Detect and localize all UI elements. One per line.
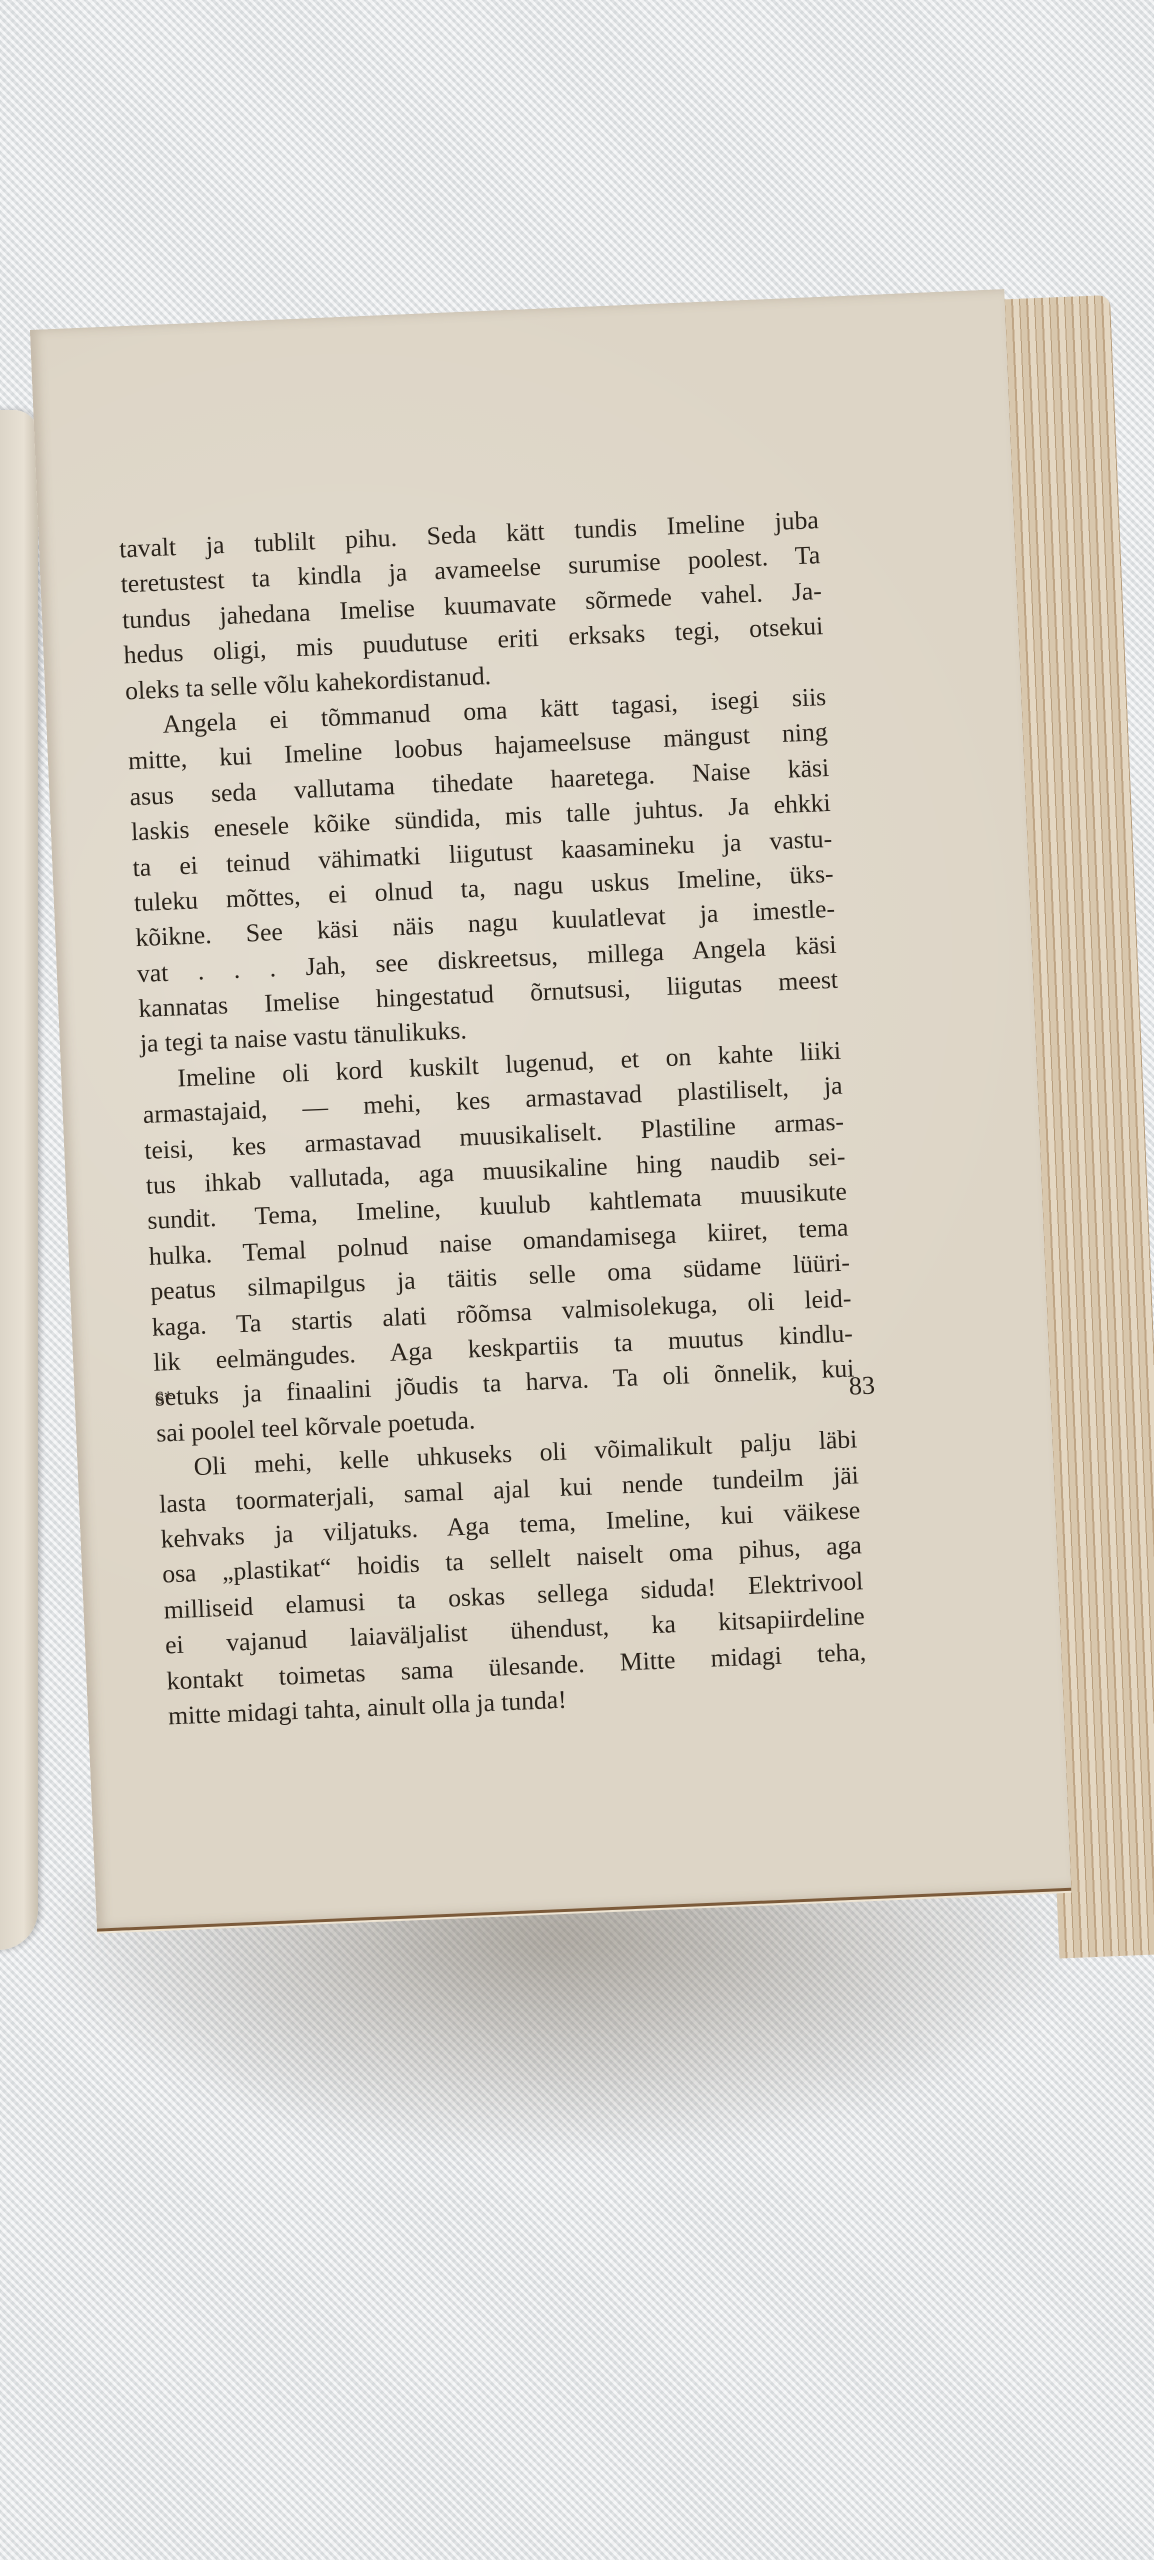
left-page-edge — [0, 410, 38, 1950]
body-text: tavalt ja tublilt pihu. Seda kätt tundis… — [119, 502, 869, 1734]
book-page: tavalt ja tublilt pihu. Seda kätt tundis… — [30, 289, 1071, 1931]
page-number: 83 — [814, 1371, 875, 1403]
printer-signature-mark: 6* — [154, 1387, 173, 1409]
